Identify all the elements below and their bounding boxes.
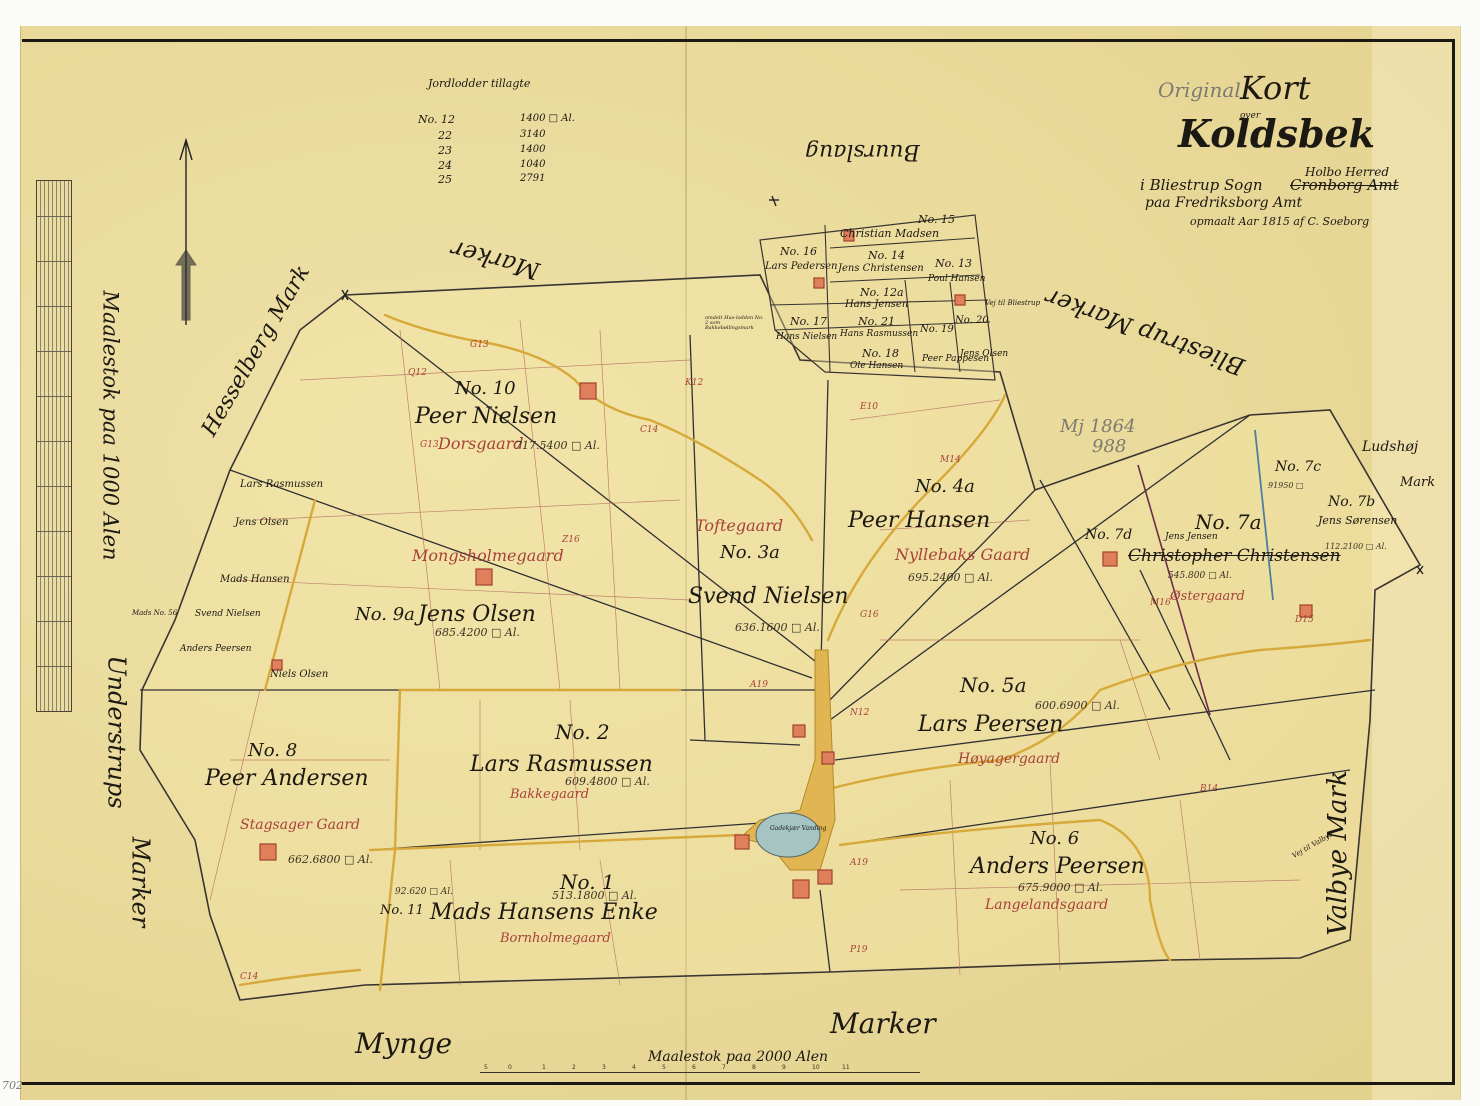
area-row-value: 3140 [520, 130, 545, 140]
bottom-scale-label: Maalestok paa 2000 Alen [648, 1050, 828, 1064]
lot-number: No. 12a [860, 287, 904, 298]
parcel-number: No. 5a [960, 675, 1027, 695]
parcel-area: 92.620 □ Al. [395, 888, 453, 897]
area-row-value: 1400 □ Al. [520, 114, 575, 124]
scale-tick: 3 [602, 1064, 606, 1071]
side-note: Mads No. 56 [132, 610, 177, 617]
lot-number: No. 15 [918, 214, 955, 225]
scale-tick: 9 [782, 1064, 786, 1071]
field-label: N12 [850, 708, 869, 718]
scale-tick: 6 [692, 1064, 696, 1071]
field-label: P19 [850, 945, 868, 955]
subtitle-surveyed: opmaalt Aar 1815 af C. Soeborg [1190, 216, 1369, 227]
area-row-value: 1400 [520, 145, 545, 155]
lot-owner: Jens Christensen [838, 264, 924, 274]
area-row-value: 2791 [520, 174, 545, 184]
parcel-area: 636.1600 □ Al. [735, 622, 820, 633]
lot-owner: Poul Hansen [928, 275, 985, 284]
parcel-farm: Mongsholmegaard [412, 548, 564, 564]
lot-owner: Christian Madsen [840, 228, 939, 239]
land-label-understrups: Understrups [105, 655, 129, 808]
land-label-marker-west: Marker [128, 837, 152, 928]
title-line-1: Kort [1240, 72, 1310, 104]
subtitle-insert: Holbo Herred [1305, 166, 1389, 178]
parcel-area: 675.9000 □ Al. [1018, 882, 1103, 893]
parcel-number: No. 7a [1195, 512, 1262, 532]
parcel-number: No. 7b [1328, 495, 1375, 509]
field-label: G13 [420, 440, 439, 450]
bottom-scale-bar: 5 0 1 2 3 4 5 6 7 8 9 10 11 [480, 1072, 920, 1079]
area-table-heading: Jordlodder tillagte [428, 78, 530, 89]
road-note-bliestrup: Vej til Bliestrup [985, 300, 1040, 307]
lot-number: No. 20 [955, 316, 989, 326]
land-label-valbye: Valbye Mark [1325, 770, 1351, 936]
lot-number: No. 16 [780, 246, 817, 257]
parcel-area: 91950 □ [1268, 482, 1304, 490]
land-label-mark-east: Mark [1400, 476, 1435, 489]
parcel-number: No. 10 [455, 380, 516, 398]
scale-tick: 1 [542, 1064, 546, 1071]
scale-tick: 5 [484, 1064, 488, 1071]
parcel-owner-struck: Christopher Christensen [1128, 548, 1341, 565]
parcel-farm: Stagsager Gaard [240, 818, 360, 832]
scale-tick: 5 [662, 1064, 666, 1071]
parcel-farm: Toftegaard [695, 518, 783, 534]
scale-tick: 2 [572, 1064, 576, 1071]
parcel-number: No. 9a [355, 606, 415, 624]
lot-number: No. 17 [790, 316, 827, 327]
area-row-no: 25 [438, 174, 452, 185]
parcel-owner: Mads Hansens Enke [430, 902, 658, 924]
parcel-area: 662.6800 □ Al. [288, 854, 373, 865]
parcel-owner: Anders Peersen [970, 856, 1145, 878]
parcel-number: No. 7c [1275, 460, 1321, 474]
parcel-number: No. 3a [720, 544, 780, 562]
field-label: C14 [240, 972, 258, 982]
subtitle-struck: Cronborg Amt [1290, 178, 1399, 193]
field-label: G13 [470, 340, 489, 350]
land-label-ludshoj: Ludshøj [1362, 440, 1418, 454]
title-line-2: Koldsbek [1178, 115, 1375, 153]
scale-tick: 10 [812, 1064, 820, 1071]
field-label: Z16 [562, 535, 580, 545]
archive-note-2: 988 [1092, 438, 1126, 456]
strip-lot: Jens Olsen [235, 518, 289, 528]
scale-tick: 4 [632, 1064, 636, 1071]
parcel-owner: Peer Hansen [848, 510, 990, 532]
parcel-owner: Jens Olsen [418, 604, 536, 626]
field-label: B14 [1200, 784, 1218, 794]
lot-owner: Jens Olsen [960, 350, 1008, 359]
parcel-owner: Peer Nielsen [415, 406, 557, 428]
parcel-farm: Bakkegaard [510, 788, 589, 801]
parcel-area: 685.4200 □ Al. [435, 627, 520, 638]
parcel-number: No. 2 [555, 722, 610, 742]
field-label: G16 [860, 610, 879, 620]
lot-number: No. 19 [920, 325, 954, 335]
field-label: E10 [860, 402, 878, 412]
archive-note-1: Mj 1864 [1060, 418, 1136, 436]
parcel-owner: Lars Rasmussen [470, 754, 653, 776]
area-row-no: 24 [438, 160, 452, 171]
area-row-value: 1040 [520, 160, 545, 170]
strip-lot: Svend Nielsen [195, 610, 261, 619]
lot-owner: Hans Jensen [845, 300, 908, 310]
field-label: M14 [940, 455, 961, 465]
parcel-owner: Peer Andersen [205, 768, 369, 790]
field-label: D15 [1295, 615, 1314, 625]
parcel-farm: Østergaard [1170, 590, 1245, 603]
strip-lot: Mads Hansen [220, 575, 290, 585]
strip-lot: Niels Olsen [270, 670, 328, 680]
parcel-farm: Dorsgaard [438, 436, 524, 452]
scale-tick: 11 [842, 1064, 850, 1071]
field-label: Q12 [408, 368, 427, 378]
parcel-farm: Bornholmegaard [500, 932, 611, 945]
lot-owner: Hans Nielsen [776, 333, 837, 342]
parcel-area: 513.1800 □ Al. [552, 890, 637, 901]
field-label: M16 [1150, 598, 1171, 608]
lot-owner: Lars Pedersen [765, 262, 837, 272]
lot-owner: Hans Rasmussen [840, 330, 918, 339]
area-row-no: 22 [438, 130, 452, 141]
parcel-area: 609.4800 □ Al. [565, 776, 650, 787]
lot-number: No. 13 [935, 258, 972, 269]
subtitle-parish: i Bliestrup Sogn [1140, 178, 1263, 193]
lot-owner: Ole Hansen [850, 362, 903, 371]
parcel-owner-insert: Jens Jensen [1165, 533, 1218, 542]
field-label: K12 [685, 378, 703, 388]
side-scale-label: Maalestok paa 1000 Alen [100, 291, 121, 591]
strip-lot: Anders Peersen [180, 645, 252, 654]
parcel-owner: Svend Nielsen [688, 586, 849, 608]
scale-tick: 7 [722, 1064, 726, 1071]
parcel-number: No. 8 [248, 742, 297, 760]
parcel-owner: Lars Peersen [918, 714, 1063, 736]
land-label-buurslaug: Buurslaug [805, 140, 920, 162]
pond-label: Gadekjær Vanding [770, 826, 826, 832]
strip-lot: Lars Rasmussen [240, 480, 323, 490]
area-row-no: 23 [438, 145, 452, 156]
field-label: C14 [640, 425, 658, 435]
lot-number: No. 14 [868, 250, 905, 261]
scale-tick: 0 [508, 1064, 512, 1071]
parcel-area: 112.2100 □ Al. [1325, 543, 1387, 551]
title-pencil-note: Original [1158, 80, 1241, 100]
land-label-marker-south: Marker [830, 1010, 936, 1038]
lot-number: No. 21 [858, 316, 895, 327]
side-scale-grid [36, 180, 72, 712]
parcel-area: 600.6900 □ Al. [1035, 700, 1120, 711]
land-label-mynge: Mynge [355, 1030, 452, 1058]
area-row-no: No. 12 [418, 114, 455, 125]
scale-tick: 8 [752, 1064, 756, 1071]
parcel-area: 695.2400 □ Al. [908, 572, 993, 583]
subtitle-county: paa Fredriksborg Amt [1145, 196, 1302, 210]
parcel-farm: Nyllebaks Gaard [895, 547, 1030, 563]
field-label: A19 [750, 680, 768, 690]
parcel-number: No. 11 [380, 904, 424, 917]
village-note: omdelt Hus-lodden No. 2 som Bakkebølling… [705, 316, 765, 331]
sheet-corner-mark: 702 [2, 1080, 23, 1091]
parcel-farm: Langelandsgaard [985, 898, 1108, 912]
parcel-owner: Jens Sørensen [1318, 515, 1397, 526]
parcel-area: 717.5400 □ Al. [515, 440, 600, 451]
parcel-farm: Høyagergaard [958, 752, 1060, 766]
parcel-number: No. 7d [1085, 528, 1132, 542]
parcel-area: 545.800 □ Al. [1168, 572, 1232, 581]
lot-number: No. 18 [862, 348, 899, 359]
parcel-number: No. 4a [915, 478, 975, 496]
parcel-number: No. 6 [1030, 830, 1079, 848]
field-label: A19 [850, 858, 868, 868]
